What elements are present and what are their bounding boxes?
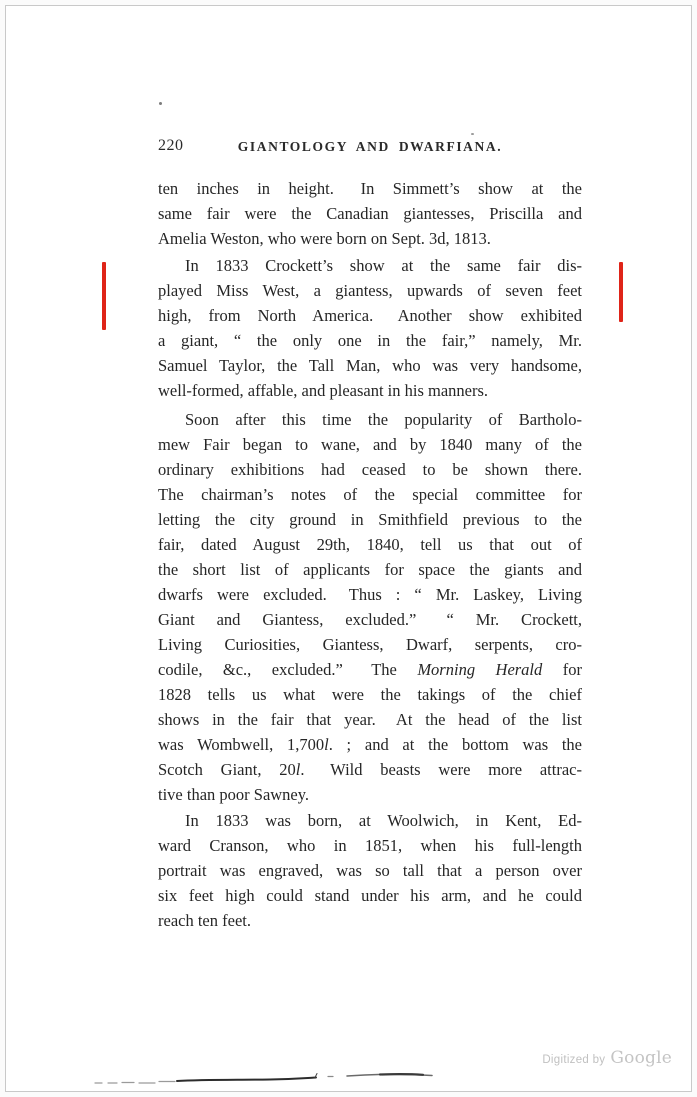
right-margin-red-mark	[619, 262, 623, 322]
text-line: dwarfs were excluded. Thus : “ Mr. Laske…	[158, 582, 582, 607]
text-line: Amelia Weston, who were born on Sept. 3d…	[158, 226, 582, 251]
screenshot-root: { "page": { "number": "220", "running_ti…	[0, 0, 697, 1097]
text-line: mew Fair began to wane, and by 1840 many…	[158, 432, 582, 457]
page-text: ten inches in height. In Simmett’s show …	[158, 176, 582, 933]
text-line: was Wombwell, 1,700l. ; and at the botto…	[158, 732, 582, 757]
scan-speck	[159, 102, 162, 105]
text-line: well-formed, affable, and pleasant in hi…	[158, 378, 582, 403]
text-line: fair, dated August 29th, 1840, tell us t…	[158, 532, 582, 557]
watermark-prefix: Digitized by	[542, 1054, 605, 1066]
text-line: Giant and Giantess, excluded.” “ Mr. Cro…	[158, 607, 582, 632]
text-line: 1828 tells us what were the takings of t…	[158, 682, 582, 707]
digitized-by-google-watermark: Digitized by Google	[542, 1048, 672, 1068]
scan-edge-artifact	[85, 1068, 445, 1088]
text-line: Scotch Giant, 20l. Wild beasts were more…	[158, 757, 582, 782]
text-line: ward Cranson, who in 1851, when his full…	[158, 833, 582, 858]
text-line: Living Curiosities, Giantess, Dwarf, ser…	[158, 632, 582, 657]
google-logo-text: Google	[610, 1048, 672, 1068]
text-line: same fair were the Canadian giantesses, …	[158, 201, 582, 226]
paragraph: Soon after this time the popularity of B…	[158, 407, 582, 807]
text-line: six feet high could stand under his arm,…	[158, 883, 582, 908]
text-line: portrait was engraved, was so tall that …	[158, 858, 582, 883]
page-header: 220 GIANTOLOGY AND DWARFIANA.	[158, 137, 582, 157]
text-line: played Miss West, a giantess, upwards of…	[158, 278, 582, 303]
text-line: reach ten feet.	[158, 908, 582, 933]
paragraph: In 1833 Crockett’s show at the same fair…	[158, 253, 582, 403]
text-line: tive than poor Sawney.	[158, 782, 582, 807]
text-line: letting the city ground in Smithfield pr…	[158, 507, 582, 532]
text-line: ten inches in height. In Simmett’s show …	[158, 176, 582, 201]
paragraph: In 1833 was born, at Woolwich, in Kent, …	[158, 808, 582, 933]
paragraph: ten inches in height. In Simmett’s show …	[158, 176, 582, 251]
text-line: high, from North America. Another show e…	[158, 303, 582, 328]
text-line: The chairman’s notes of the special comm…	[158, 482, 582, 507]
text-line: Samuel Taylor, the Tall Man, who was ver…	[158, 353, 582, 378]
text-line: codile, &c., excluded.” The Morning Hera…	[158, 657, 582, 682]
text-line: Soon after this time the popularity of B…	[158, 407, 582, 432]
text-line: the short list of applicants for space t…	[158, 557, 582, 582]
text-line: In 1833 Crockett’s show at the same fair…	[158, 253, 582, 278]
left-margin-red-mark	[102, 262, 106, 330]
text-line: a giant, “ the only one in the fair,” na…	[158, 328, 582, 353]
text-line: In 1833 was born, at Woolwich, in Kent, …	[158, 808, 582, 833]
running-title: GIANTOLOGY AND DWARFIANA.	[158, 139, 582, 155]
scan-speck	[471, 133, 474, 135]
text-line: shows in the fair that year. At the head…	[158, 707, 582, 732]
text-line: ordinary exhibitions had ceased to be sh…	[158, 457, 582, 482]
